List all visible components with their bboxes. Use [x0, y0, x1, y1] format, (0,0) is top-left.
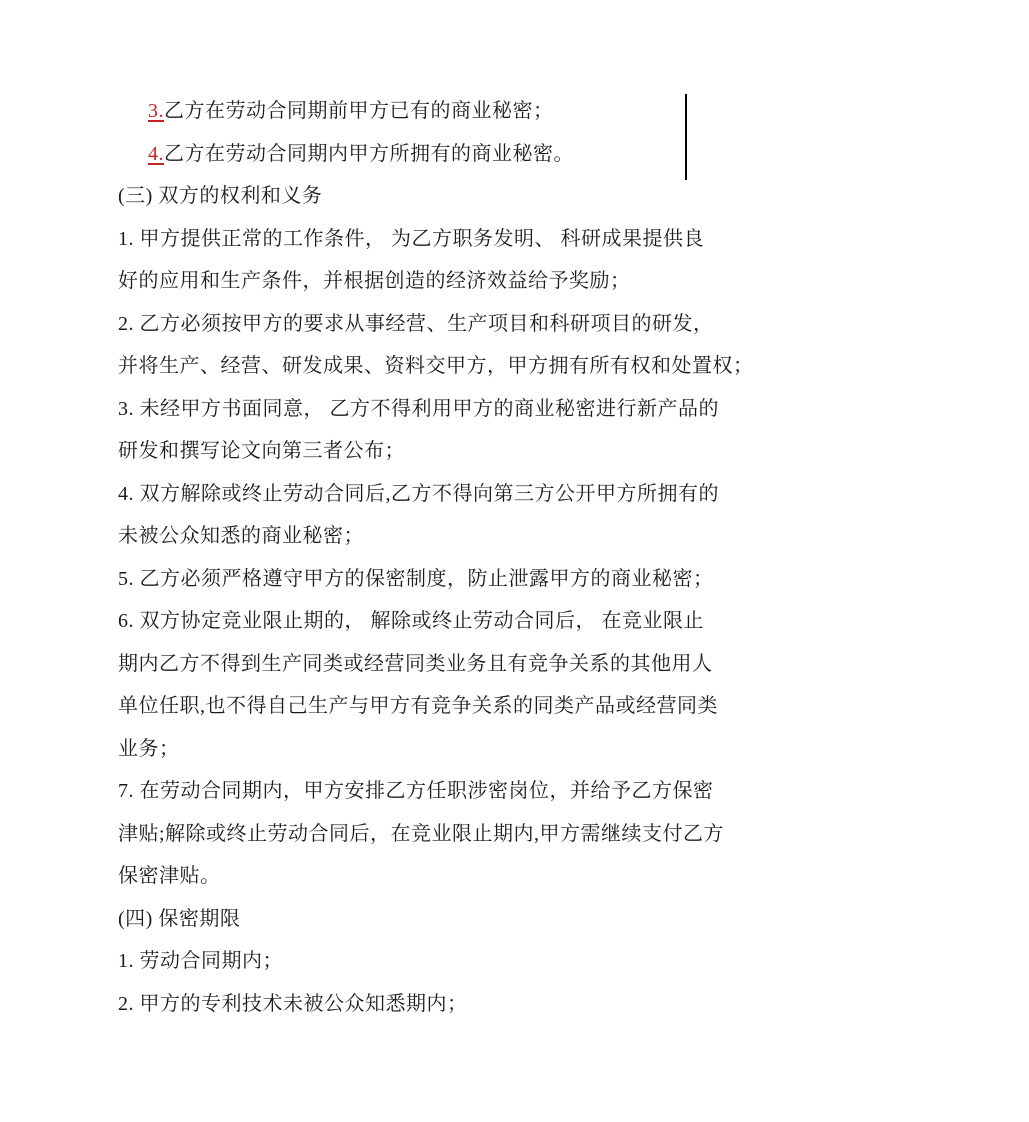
text-line: 7. 在劳动合同期内，甲方安排乙方任职涉密岗位，并给予乙方保密	[118, 770, 718, 813]
text-line: 3. 未经甲方书面同意， 乙方不得利用甲方的商业秘密进行新产品的	[118, 388, 718, 431]
revision-number: 4.	[148, 143, 164, 165]
section-heading: (三) 双方的权利和义务	[118, 175, 718, 218]
text-line: 业务；	[118, 728, 718, 771]
text-line: 期内乙方不得到生产同类或经营同类业务且有竞争关系的其他用人	[118, 643, 718, 686]
line-text: 乙方在劳动合同期前甲方已有的商业秘密；	[164, 100, 554, 122]
text-line: 4.乙方在劳动合同期内甲方所拥有的商业秘密。	[118, 133, 718, 176]
text-line: 研发和撰写论文向第三者公布；	[118, 430, 718, 473]
revision-number: 3.	[148, 100, 164, 122]
text-line: 单位任职,也不得自己生产与甲方有竞争关系的同类产品或经营同类	[118, 685, 718, 728]
text-line: 5. 乙方必须严格遵守甲方的保密制度，防止泄露甲方的商业秘密；	[118, 558, 718, 601]
text-line: 4. 双方解除或终止劳动合同后,乙方不得向第三方公开甲方所拥有的	[118, 473, 718, 516]
text-line: 1. 劳动合同期内；	[118, 940, 718, 983]
text-line: 好的应用和生产条件，并根据创造的经济效益给予奖励；	[118, 260, 718, 303]
text-line: 1. 甲方提供正常的工作条件， 为乙方职务发明、 科研成果提供良	[118, 218, 718, 261]
text-line: 保密津贴。	[118, 855, 718, 898]
text-line: 2. 甲方的专利技术未被公众知悉期内；	[118, 983, 718, 1026]
document-body: 3.乙方在劳动合同期前甲方已有的商业秘密； 4.乙方在劳动合同期内甲方所拥有的商…	[118, 90, 718, 1025]
text-line: 津贴;解除或终止劳动合同后，在竞业限止期内,甲方需继续支付乙方	[118, 813, 718, 856]
text-line: 未被公众知悉的商业秘密；	[118, 515, 718, 558]
text-line: 6. 双方协定竞业限止期的， 解除或终止劳动合同后， 在竞业限止	[118, 600, 718, 643]
text-line: 并将生产、经营、研发成果、资料交甲方，甲方拥有所有权和处置权；	[118, 345, 718, 388]
document-page: 3.乙方在劳动合同期前甲方已有的商业秘密； 4.乙方在劳动合同期内甲方所拥有的商…	[0, 0, 1029, 1122]
section-heading: (四) 保密期限	[118, 898, 718, 941]
text-line: 2. 乙方必须按甲方的要求从事经营、生产项目和科研项目的研发，	[118, 303, 718, 346]
text-line: 3.乙方在劳动合同期前甲方已有的商业秘密；	[118, 90, 718, 133]
line-text: 乙方在劳动合同期内甲方所拥有的商业秘密。	[164, 143, 574, 165]
